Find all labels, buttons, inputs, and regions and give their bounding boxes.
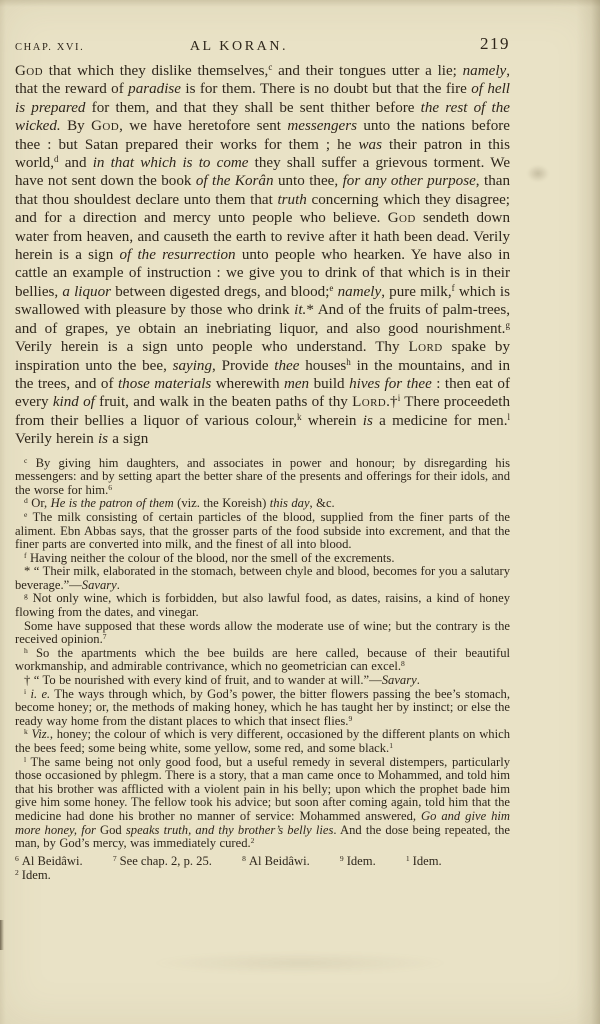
footnote-i: i i. e. The ways through which, by God’s…	[15, 688, 510, 729]
text-run: this day	[270, 496, 310, 510]
text-run: God	[91, 118, 119, 134]
text-run: Or,	[28, 496, 51, 510]
text-run: Not only wine, which is forbidden, but a…	[15, 591, 510, 619]
reference-mark: 2	[15, 868, 19, 877]
text-run: build	[309, 376, 349, 392]
reference-entry: 9Idem.	[340, 854, 376, 869]
text-run: was	[358, 137, 382, 153]
reference-line-1: 6Al Beidâwi. 7See chap. 2, p. 25. 8Al Be…	[15, 854, 510, 869]
footnote-c: c By giving him daughters, and associate…	[15, 457, 510, 498]
reference-mark: 8	[242, 854, 246, 863]
footnote-d: d Or, He is the patron of them (viz. the…	[15, 497, 510, 511]
text-run: i. e.	[30, 687, 50, 701]
text-run: saying	[173, 358, 212, 374]
footnote-dagger: † “ To be nourished with every kind of f…	[15, 674, 510, 688]
footnotes-section: c By giving him daughters, and associate…	[15, 457, 510, 851]
text-run: God	[15, 63, 43, 79]
footnote-g-continued: Some have supposed that these words allo…	[15, 620, 510, 647]
page-title: AL KORAN.	[190, 39, 288, 55]
text-run: Some have supposed that these words allo…	[15, 619, 510, 647]
text-run: paradise	[128, 81, 181, 97]
footnote-g: g Not only wine, which is forbidden, but…	[15, 592, 510, 619]
footnote-h: h So the apartments which the bee builds…	[15, 647, 510, 674]
footnote-marker: 8	[401, 659, 405, 668]
text-run: .	[117, 578, 120, 592]
footnote-marker: g	[505, 320, 510, 330]
text-run: men	[284, 376, 309, 392]
page-number: 219	[480, 34, 510, 54]
scan-edge-notch-artifact	[0, 920, 4, 950]
reference-line-2: 2Idem.	[15, 868, 510, 883]
text-run: a sign	[108, 431, 148, 447]
reference-text: Idem.	[413, 854, 442, 868]
text-run: Savary	[382, 673, 417, 687]
text-run: Viz.	[32, 727, 50, 741]
text-run: .†	[386, 394, 398, 410]
text-run: wherewith	[211, 376, 284, 392]
text-run: and	[59, 155, 93, 171]
reference-mark: 9	[340, 854, 344, 863]
text-run: wherein	[302, 413, 363, 429]
text-run: Having neither the colour of the blood, …	[27, 551, 395, 565]
footnote-marker: 6	[108, 483, 112, 492]
text-run: for them, and that they shall be sent th…	[85, 100, 420, 116]
footnote-l: l The same being not only good food, but…	[15, 756, 510, 851]
reference-text: Al Beidâwi.	[22, 854, 83, 868]
text-run: a liquor	[62, 284, 111, 300]
text-run: The ways through which, by God’s power, …	[15, 687, 510, 728]
text-run: those materials	[118, 376, 211, 392]
text-run: houses	[299, 358, 346, 374]
footnote-marker: l	[507, 412, 510, 422]
text-run: a medicine for men.	[373, 413, 508, 429]
footnote-references: 6Al Beidâwi. 7See chap. 2, p. 25. 8Al Be…	[15, 854, 510, 883]
text-run: hives for thee	[349, 376, 432, 392]
text-run: Verily herein is a sign unto people who …	[15, 339, 409, 355]
book-page: Chap. XVI. AL KORAN. 219 God that which …	[0, 0, 600, 1024]
reference-text: See chap. 2, p. 25.	[120, 854, 212, 868]
text-run: (viz. the Koreish)	[174, 496, 270, 510]
footnote-marker: 7	[103, 632, 107, 641]
text-run: speaks truth, and thy brother’s belly li…	[126, 823, 334, 837]
text-run: Lord	[409, 339, 443, 355]
scan-smudge-artifact	[527, 165, 549, 182]
text-run: , we have heretofore sent	[119, 118, 287, 134]
reference-text: Al Beidâwi.	[249, 854, 310, 868]
footnote-k: k Viz., honey; the colour of which is ve…	[15, 728, 510, 755]
text-run: for any other purpose	[343, 173, 476, 189]
text-run: is for them. There is no doubt but that …	[181, 81, 471, 97]
text-run: Verily herein	[15, 431, 98, 447]
text-run: messengers	[287, 118, 357, 134]
reference-text: Idem.	[22, 868, 51, 882]
text-run: that which they dislike themselves,	[43, 63, 268, 79]
text-run: unto thee,	[274, 173, 343, 189]
reference-mark: 1	[406, 854, 410, 863]
text-run: namely	[463, 63, 507, 79]
text-run: The milk consisting of certain particles…	[15, 510, 510, 551]
text-run: Lord	[352, 394, 386, 410]
text-run: of the Korân	[196, 173, 274, 189]
text-run: .	[417, 673, 420, 687]
text-run: So the apartments which the bee builds a…	[15, 646, 510, 674]
footnote-marker: 2	[251, 836, 255, 845]
page-content: God that which they dislike themselves,c…	[15, 62, 510, 883]
text-run: of the resurrection	[120, 247, 236, 263]
footnote-f: f Having neither the colour of the blood…	[15, 552, 510, 566]
text-run: and their tongues utter a lie;	[272, 63, 462, 79]
text-run: By	[61, 118, 91, 134]
text-run: , &c.	[310, 496, 335, 510]
reference-text: Idem.	[347, 854, 376, 868]
footnote-asterisk: * “ Their milk, elaborated in the stomac…	[15, 565, 510, 592]
text-run: God	[96, 823, 126, 837]
text-run: fruit, and walk in the beaten paths of t…	[95, 394, 352, 410]
footnote-e: e The milk consisting of certain particl…	[15, 511, 510, 552]
scan-ghost-artifact	[150, 952, 450, 974]
footnote-marker: 9	[348, 714, 352, 723]
text-run: it.	[294, 302, 306, 318]
text-run: between digested dregs, and blood;	[111, 284, 329, 300]
text-run: God	[388, 210, 416, 226]
reference-entry: 2Idem.	[15, 868, 51, 883]
text-run: , pure milk,	[381, 284, 451, 300]
text-run: is	[363, 413, 373, 429]
text-run: , Provide	[212, 358, 274, 374]
text-run: in that which is to come	[93, 155, 249, 171]
reference-entry: 6Al Beidâwi.	[15, 854, 83, 869]
text-run: thee	[274, 358, 299, 374]
text-run: kind of	[53, 394, 95, 410]
text-run: † “ To be nourished with every kind of f…	[24, 673, 382, 687]
text-run: namely	[338, 284, 382, 300]
reference-entry: 7See chap. 2, p. 25.	[113, 854, 212, 869]
text-run: He is the patron of them	[51, 496, 174, 510]
text-run: , honey; the colour of which is very dif…	[15, 727, 510, 755]
reference-entry: 1Idem.	[406, 854, 442, 869]
reference-mark: 7	[113, 854, 117, 863]
text-run: is	[98, 431, 108, 447]
reference-mark: 6	[15, 854, 19, 863]
text-run: By giving him daughters, and associates …	[15, 456, 510, 497]
text-run: truth	[277, 192, 306, 208]
footnote-marker: 1	[389, 741, 393, 750]
text-run: Savary	[82, 578, 117, 592]
main-text-paragraph: God that which they dislike themselves,c…	[15, 62, 510, 449]
chapter-label: Chap. XVI.	[15, 42, 84, 53]
reference-entry: 8Al Beidâwi.	[242, 854, 310, 869]
